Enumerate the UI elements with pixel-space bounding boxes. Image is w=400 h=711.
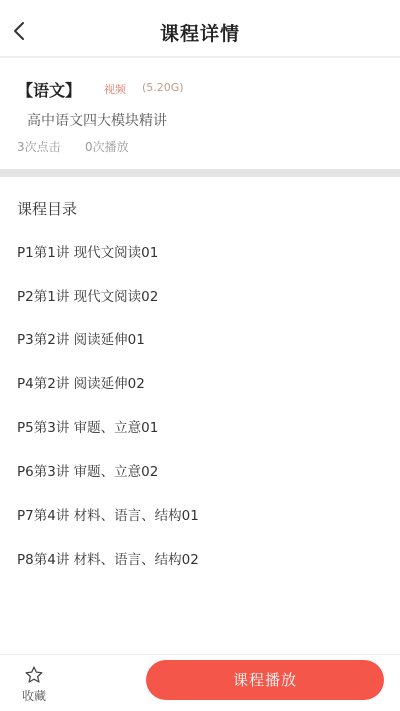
lesson-item[interactable]: P7第4讲 材料、语言、结构01 — [17, 504, 199, 524]
catalog-title: 课程目录 — [17, 198, 77, 219]
lesson-item[interactable]: P2第1讲 现代文阅读02 — [17, 285, 158, 305]
star-outline-icon — [24, 665, 44, 685]
lesson-item[interactable]: P4第2讲 阅读延伸02 — [17, 372, 145, 392]
lesson-item[interactable]: P6第3讲 审题、立意02 — [17, 460, 158, 480]
click-count: 3次点击 — [17, 138, 61, 155]
bottom-action-bar: 收藏 课程播放 — [0, 654, 400, 711]
course-info: 【语文】 视频 (5.20G) 高中语文四大模块精讲 3次点击 0次播放 — [0, 58, 400, 169]
course-size: (5.20G) — [142, 81, 184, 94]
course-type-tag: 视频 — [104, 81, 126, 97]
favorite-button[interactable]: 收藏 — [14, 665, 54, 707]
play-course-button[interactable]: 课程播放 — [146, 660, 384, 700]
page-title: 课程详情 — [0, 19, 400, 46]
section-divider — [0, 169, 400, 177]
play-count: 0次播放 — [85, 138, 129, 155]
course-subject: 【语文】 — [17, 78, 81, 101]
favorite-label: 收藏 — [14, 687, 54, 704]
header-bar: 课程详情 — [0, 0, 400, 58]
lesson-item[interactable]: P8第4讲 材料、语言、结构02 — [17, 548, 199, 568]
lesson-item[interactable]: P1第1讲 现代文阅读01 — [17, 241, 158, 261]
lesson-item[interactable]: P3第2讲 阅读延伸01 — [17, 328, 145, 348]
course-name: 高中语文四大模块精讲 — [27, 110, 167, 130]
lesson-item[interactable]: P5第3讲 审题、立意01 — [17, 416, 158, 436]
